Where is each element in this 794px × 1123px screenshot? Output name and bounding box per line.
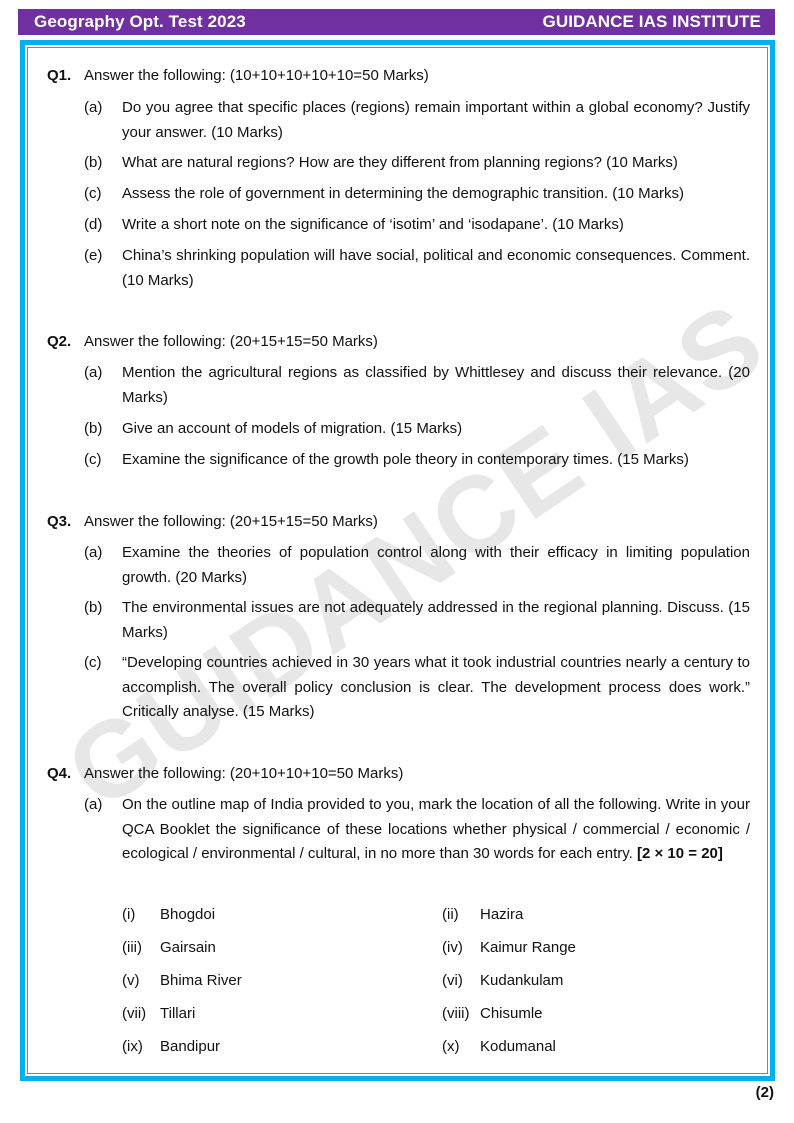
location-name: Kaimur Range bbox=[480, 939, 576, 956]
question-2-heading: Q2.Answer the following: (20+15+15=50 Ma… bbox=[47, 330, 378, 355]
question-4a: (a) On the outline map of India provided… bbox=[84, 793, 750, 867]
question-3a: (a) Examine the theories of population c… bbox=[84, 541, 750, 590]
question-title: Answer the following: (20+15+15=50 Marks… bbox=[84, 333, 378, 350]
question-title: Answer the following: (20+10+10+10=50 Ma… bbox=[84, 765, 403, 782]
location-item: (viii)Chisumle bbox=[442, 1002, 543, 1027]
question-4-heading: Q4.Answer the following: (20+10+10+10=50… bbox=[47, 762, 403, 787]
part-text: Give an account of models of migration. … bbox=[122, 417, 750, 442]
location-name: Bhima River bbox=[160, 972, 242, 989]
question-2b: (b) Give an account of models of migrati… bbox=[84, 417, 750, 442]
location-name: Hazira bbox=[480, 906, 523, 923]
location-name: Tillari bbox=[160, 1005, 195, 1022]
part-text: Examine the theories of population contr… bbox=[122, 541, 750, 590]
marks-allocation: [2 × 10 = 20] bbox=[637, 845, 723, 862]
part-label: (a) bbox=[84, 361, 102, 386]
question-number: Q3. bbox=[47, 510, 84, 535]
location-label: (i) bbox=[122, 903, 160, 928]
question-title: Answer the following: (10+10+10+10+10=50… bbox=[84, 67, 429, 84]
part-text: Examine the significance of the growth p… bbox=[122, 448, 750, 473]
location-item: (ii)Hazira bbox=[442, 903, 523, 928]
question-1b: (b) What are natural regions? How are th… bbox=[84, 151, 750, 176]
location-name: Kodumanal bbox=[480, 1038, 556, 1055]
part-text: Do you agree that specific places (regio… bbox=[122, 96, 750, 145]
location-label: (iii) bbox=[122, 936, 160, 961]
location-label: (ix) bbox=[122, 1035, 160, 1060]
question-1d: (d) Write a short note on the significan… bbox=[84, 213, 750, 238]
part-text: On the outline map of India provided to … bbox=[122, 793, 750, 867]
question-1a: (a) Do you agree that specific places (r… bbox=[84, 96, 750, 145]
location-label: (iv) bbox=[442, 936, 480, 961]
location-item: (i)Bhogdoi bbox=[122, 903, 215, 928]
part-label: (b) bbox=[84, 596, 102, 621]
question-title: Answer the following: (20+15+15=50 Marks… bbox=[84, 513, 378, 530]
location-item: (x)Kodumanal bbox=[442, 1035, 556, 1060]
location-item: (vii)Tillari bbox=[122, 1002, 195, 1027]
location-item: (iv)Kaimur Range bbox=[442, 936, 576, 961]
part-label: (c) bbox=[84, 182, 102, 207]
part-label: (c) bbox=[84, 448, 102, 473]
part-text: Write a short note on the significance o… bbox=[122, 213, 750, 238]
question-2c: (c) Examine the significance of the grow… bbox=[84, 448, 750, 473]
question-number: Q2. bbox=[47, 330, 84, 355]
question-1e: (e) China’s shrinking population will ha… bbox=[84, 244, 750, 293]
part-label: (b) bbox=[84, 417, 102, 442]
location-item: (ix)Bandipur bbox=[122, 1035, 220, 1060]
location-name: Bhogdoi bbox=[160, 906, 215, 923]
part-text: Assess the role of government in determi… bbox=[122, 182, 750, 207]
location-name: Chisumle bbox=[480, 1005, 543, 1022]
location-label: (viii) bbox=[442, 1002, 480, 1027]
part-label: (a) bbox=[84, 541, 102, 566]
question-1-heading: Q1.Answer the following: (10+10+10+10+10… bbox=[47, 64, 429, 89]
location-name: Gairsain bbox=[160, 939, 216, 956]
question-3b: (b) The environmental issues are not ade… bbox=[84, 596, 750, 645]
question-1c: (c) Assess the role of government in det… bbox=[84, 182, 750, 207]
question-2a: (a) Mention the agricultural regions as … bbox=[84, 361, 750, 410]
question-3c: (c) “Developing countries achieved in 30… bbox=[84, 651, 750, 725]
question-number: Q1. bbox=[47, 64, 84, 89]
part-label: (d) bbox=[84, 213, 102, 238]
question-number: Q4. bbox=[47, 762, 84, 787]
part-text: “Developing countries achieved in 30 yea… bbox=[122, 651, 750, 725]
part-text: Mention the agricultural regions as clas… bbox=[122, 361, 750, 410]
location-label: (ii) bbox=[442, 903, 480, 928]
question-paper: Q1.Answer the following: (10+10+10+10+10… bbox=[0, 0, 794, 1123]
location-item: (v)Bhima River bbox=[122, 969, 242, 994]
part-label: (c) bbox=[84, 651, 102, 676]
location-label: (x) bbox=[442, 1035, 480, 1060]
part-text: What are natural regions? How are they d… bbox=[122, 151, 750, 176]
part-text: The environmental issues are not adequat… bbox=[122, 596, 750, 645]
part-label: (a) bbox=[84, 96, 102, 121]
location-item: (vi)Kudankulam bbox=[442, 969, 563, 994]
question-3-heading: Q3.Answer the following: (20+15+15=50 Ma… bbox=[47, 510, 378, 535]
part-label: (b) bbox=[84, 151, 102, 176]
part-label: (e) bbox=[84, 244, 102, 269]
location-label: (vi) bbox=[442, 969, 480, 994]
part-label: (a) bbox=[84, 793, 102, 818]
part-text: China’s shrinking population will have s… bbox=[122, 244, 750, 293]
location-label: (vii) bbox=[122, 1002, 160, 1027]
location-name: Bandipur bbox=[160, 1038, 220, 1055]
location-item: (iii)Gairsain bbox=[122, 936, 216, 961]
location-label: (v) bbox=[122, 969, 160, 994]
location-name: Kudankulam bbox=[480, 972, 563, 989]
